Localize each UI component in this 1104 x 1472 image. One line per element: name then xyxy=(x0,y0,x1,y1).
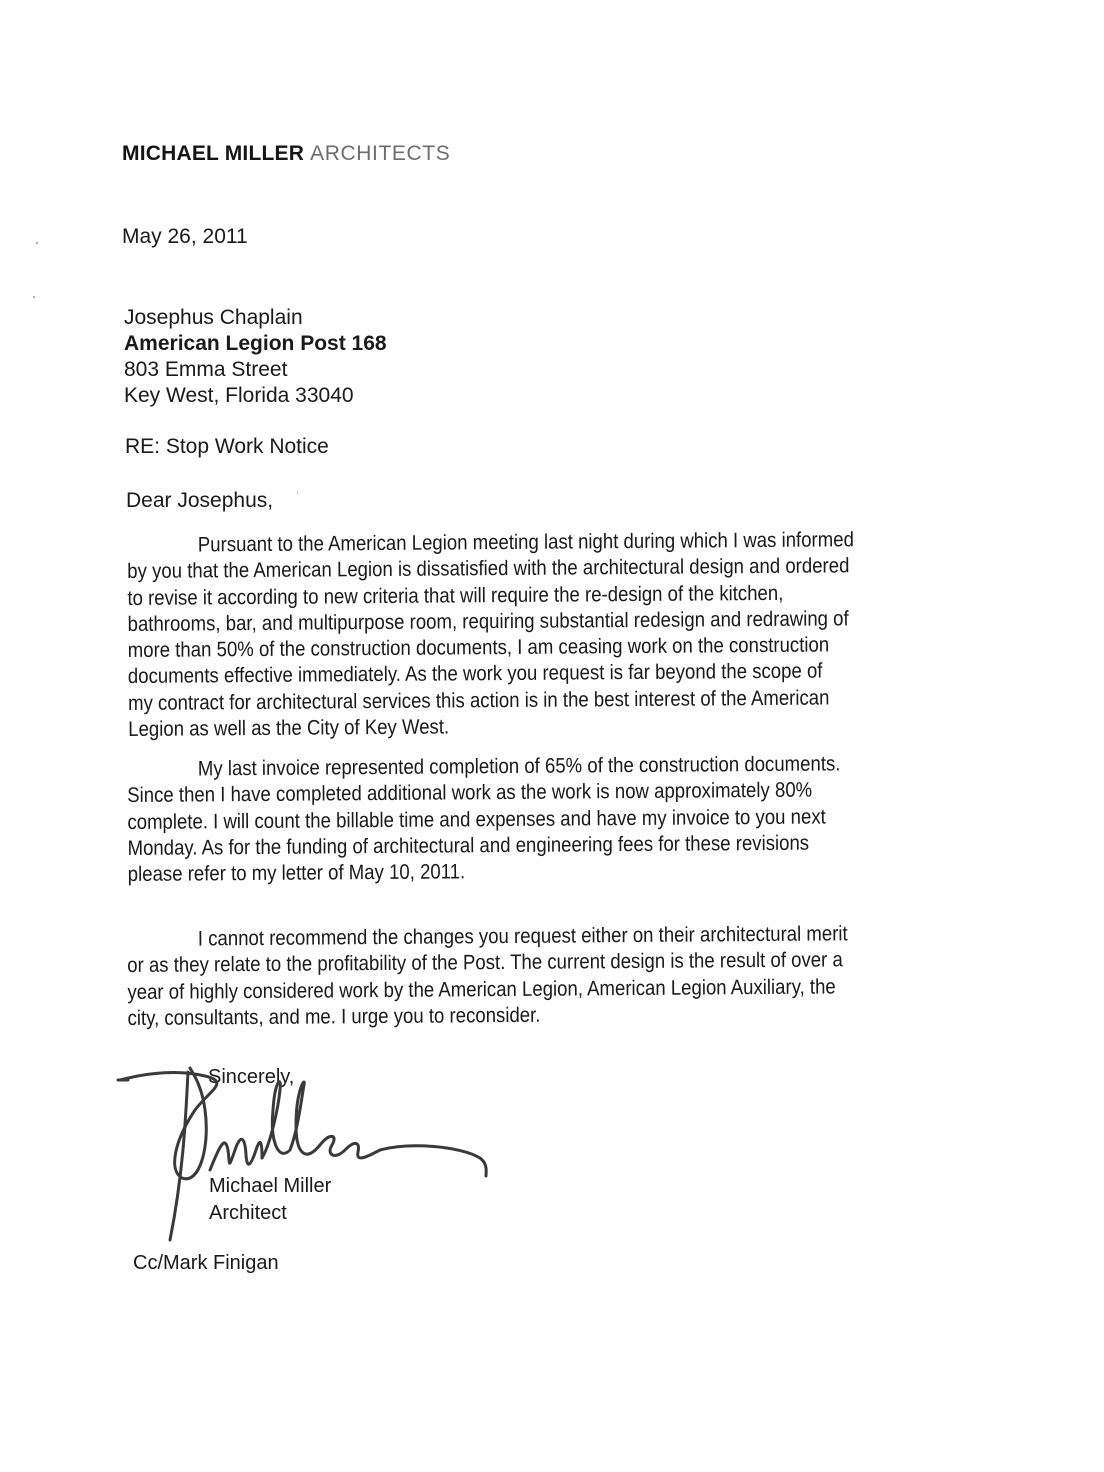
letterhead: MICHAEL MILLER ARCHITECTS xyxy=(122,142,450,166)
recipient-address: Josephus Chaplain American Legion Post 1… xyxy=(124,305,387,409)
letter-page: MICHAEL MILLER ARCHITECTS May 26, 2011 J… xyxy=(0,0,1104,1472)
recipient-organization: American Legion Post 168 xyxy=(124,331,387,357)
letter-date: May 26, 2011 xyxy=(122,225,248,249)
scan-speck xyxy=(33,296,35,298)
paragraph-line: please refer to my letter of May 10, 201… xyxy=(128,855,1013,888)
body-paragraph-3: I cannot recommend the changes you reque… xyxy=(127,920,1013,1032)
body-paragraph-2: My last invoice represented completion o… xyxy=(127,750,1013,888)
salutation: Dear Josephus, xyxy=(126,489,273,513)
recipient-street: 803 Emma Street xyxy=(124,357,387,383)
cc-line: Cc/Mark Finigan xyxy=(133,1252,279,1275)
signer-name: Michael Miller xyxy=(209,1173,331,1200)
subject-line: RE: Stop Work Notice xyxy=(125,435,329,459)
scan-speck xyxy=(36,242,38,244)
recipient-name: Josephus Chaplain xyxy=(124,305,387,331)
signer-title: Architect xyxy=(209,1200,331,1227)
paragraph-line: Legion as well as the City of Key West. xyxy=(128,710,1013,743)
letterhead-name: MICHAEL MILLER xyxy=(122,142,304,165)
recipient-city-state-zip: Key West, Florida 33040 xyxy=(124,383,387,409)
body-paragraph-1: Pursuant to the American Legion meeting … xyxy=(127,526,1013,743)
scan-speck xyxy=(297,491,298,494)
letterhead-firm: ARCHITECTS xyxy=(310,142,450,165)
signer-block: Michael Miller Architect xyxy=(209,1173,331,1227)
closing: Sincerely, xyxy=(208,1066,294,1089)
